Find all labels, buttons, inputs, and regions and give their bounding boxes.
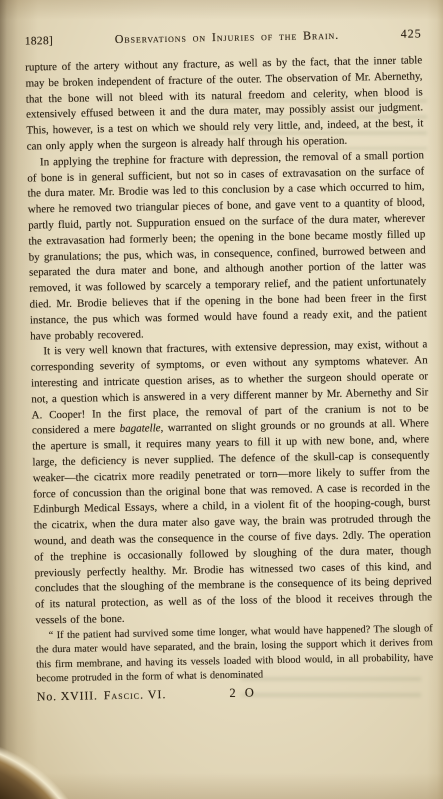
running-header: 1828] Observations on Injuries of the Br…: [25, 26, 422, 48]
fascicle-number: Fascic. VI.: [104, 687, 167, 702]
italic-word-bagatelle: bagatelle: [120, 423, 161, 436]
issue-signature: No. XVIII.Fascic. VI.: [37, 687, 167, 703]
page-content: 1828] Observations on Injuries of the Br…: [0, 0, 443, 708]
scanned-book-page: 1828] Observations on Injuries of the Br…: [0, 0, 443, 799]
issue-number: No. XVIII.: [37, 688, 98, 703]
paragraph-quotation: “ If the patient had survived some time …: [36, 622, 434, 688]
paragraph-artery-continuation: rupture of the artery without any fractu…: [25, 53, 424, 155]
page-number: 425: [401, 26, 422, 41]
gathering-mark: 2 O: [229, 686, 257, 701]
paragraph-fractures-question: It is very well known that fractures, wi…: [30, 338, 432, 630]
paragraph-fractures-text-post: , warranted on slight grounds or no grou…: [32, 418, 432, 627]
header-year-mark: 1828]: [25, 35, 54, 48]
running-title: Observations on Injuries of the Brain.: [53, 27, 401, 48]
paragraph-trephine-depression: In applying the trephine for fracture wi…: [27, 148, 427, 345]
